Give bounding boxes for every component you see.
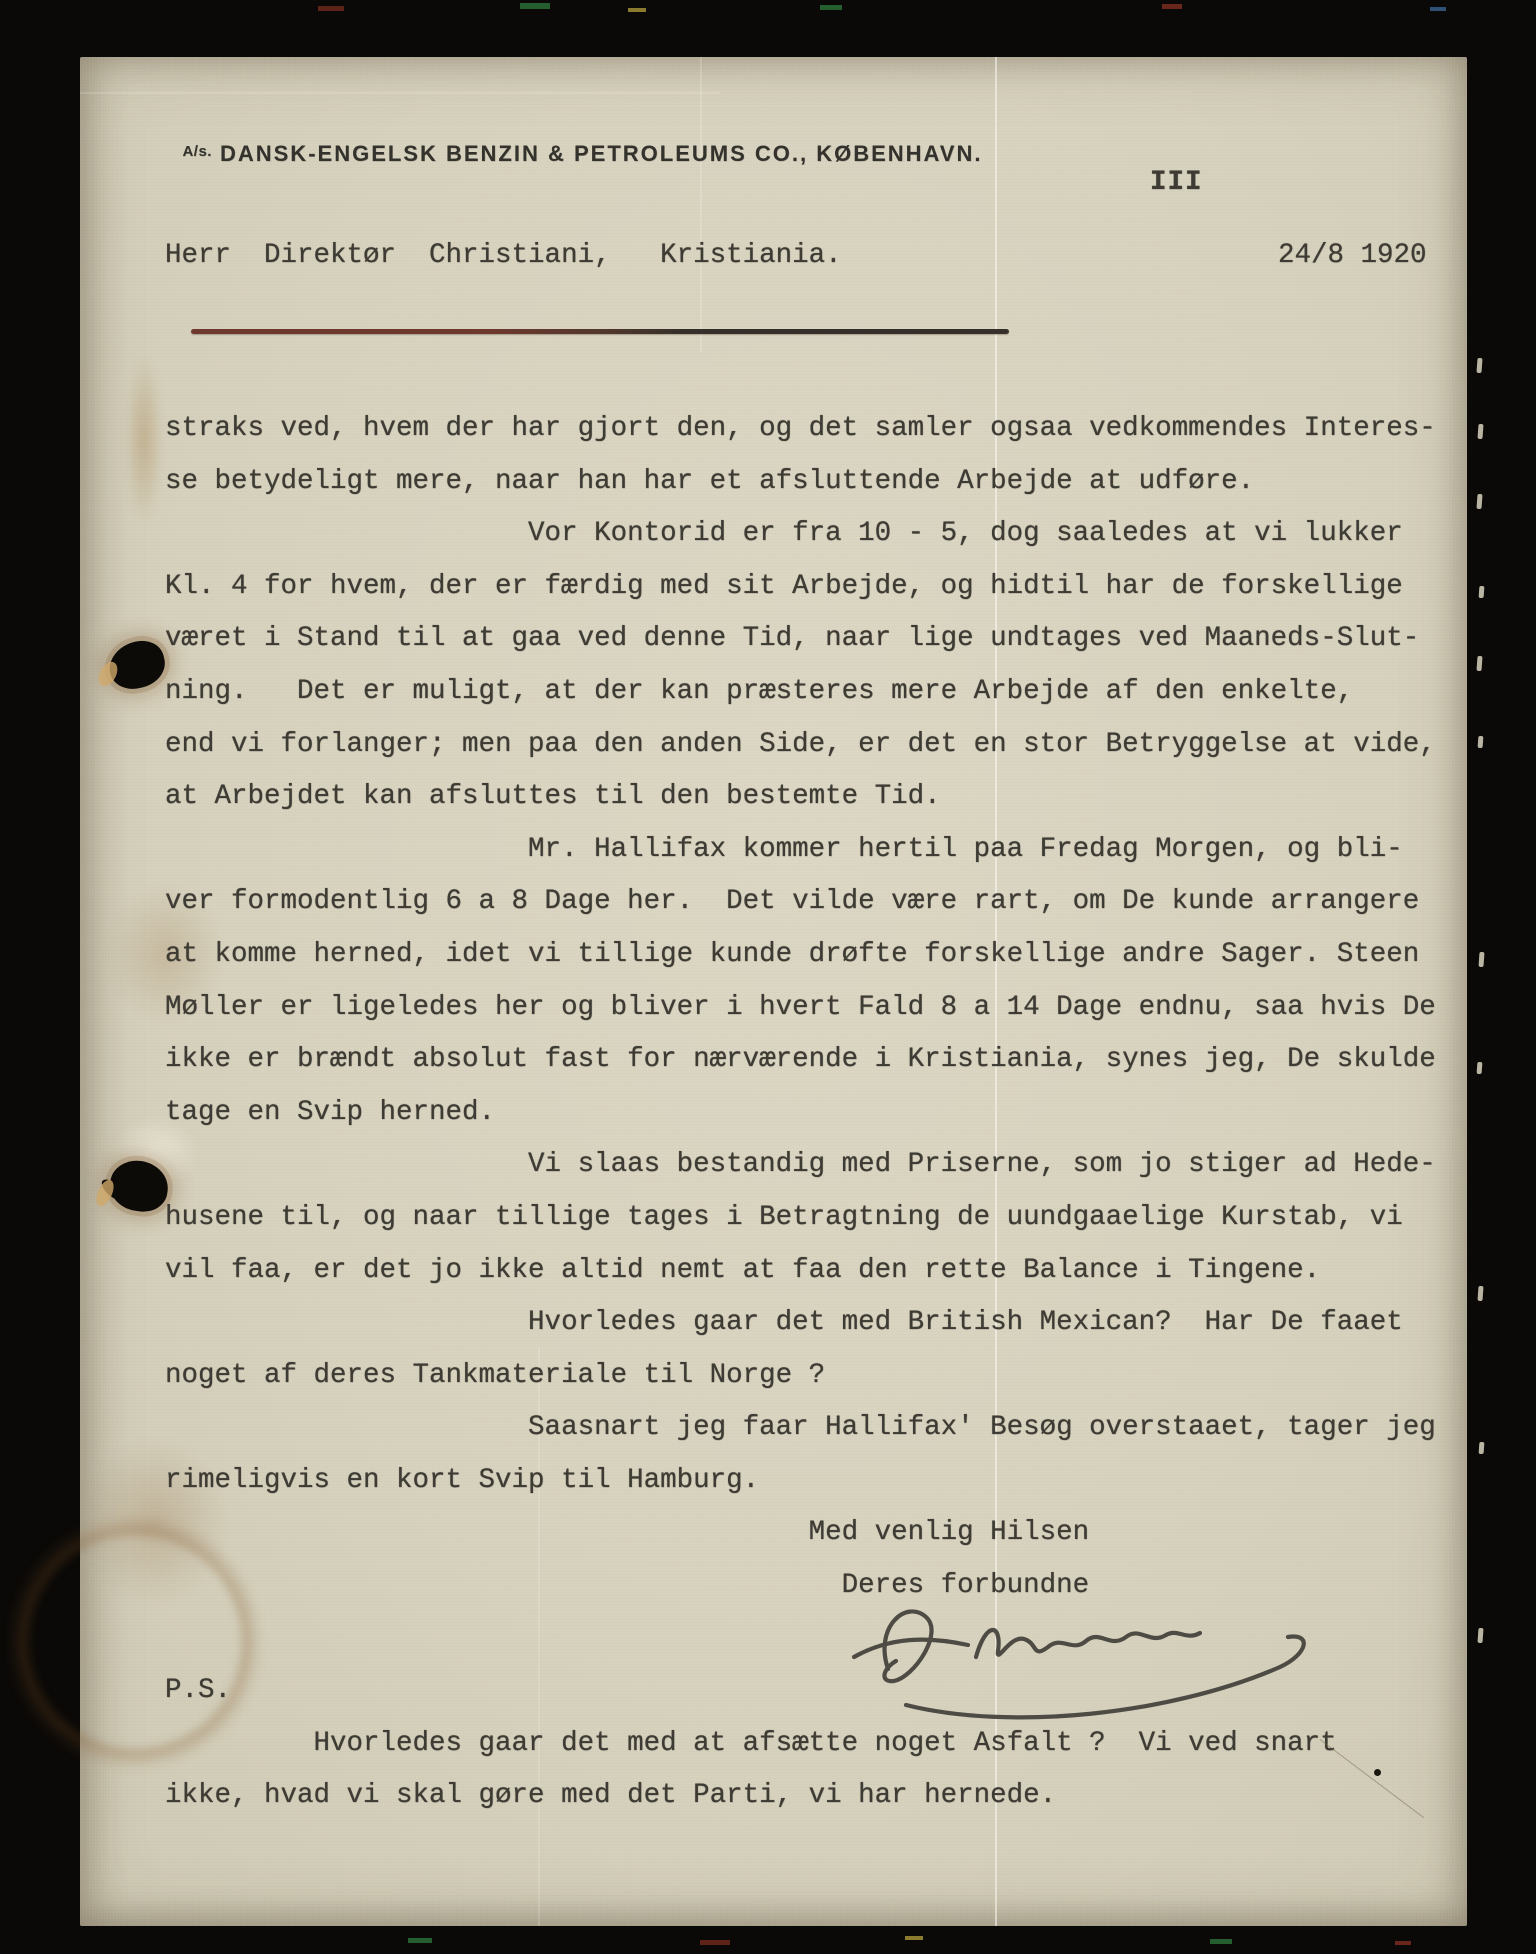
letter-line: Mr. Hallifax kommer hertil paa Fredag Mo… [165,824,1465,877]
ink-dot-artifact [1374,1769,1381,1776]
horizontal-fold-crease [80,92,720,94]
letter-line: noget af deres Tankmateriale til Norge ? [165,1350,1465,1403]
letter-line: Hvorledes gaar det med British Mexican? … [165,1297,1465,1350]
vertical-fold-crease [700,57,702,352]
scan-artifact [1162,4,1182,9]
letter-line: Møller er ligeledes her og bliver i hver… [165,982,1465,1035]
page-number: III [1150,167,1203,198]
binding-stitch [1477,424,1483,439]
burn-hole [107,1157,171,1215]
scan-artifact [1210,1939,1232,1944]
letter-line: ning. Det er muligt, at der kan præstere… [165,666,1465,719]
letterhead-company-name: DANSK-ENGELSK BENZIN & PETROLEUMS CO., K… [220,141,983,166]
scan-artifact [1430,7,1446,11]
letter-line: straks ved, hvem der har gjort den, og d… [165,403,1465,456]
letter-line: tage en Svip herned. [165,1087,1465,1140]
scan-artifact [700,1940,730,1945]
stain-mark [125,352,163,527]
scan-artifact [820,5,842,10]
letter-line: Kl. 4 for hvem, der er færdig med sit Ar… [165,561,1465,614]
binding-stitch [1479,1442,1485,1454]
letter-line: Vi slaas bestandig med Priserne, som jo … [165,1139,1465,1192]
binding-stitch [1478,952,1484,967]
letter-line: været i Stand til at gaa ved denne Tid, … [165,613,1465,666]
scanned-letter-screenshot: { "letterhead": { "prefix": "A/s.", "com… [0,0,1536,1954]
postscript-line: P.S. [165,1665,1465,1718]
scan-artifact [628,8,646,12]
scan-artifact [905,1936,923,1940]
binding-stitch [1478,736,1484,748]
closing-line: Med venlig Hilsen [165,1507,1465,1560]
letter-page: A/s.DANSK-ENGELSK BENZIN & PETROLEUMS CO… [80,57,1467,1926]
letterhead-company-prefix: A/s. [182,143,212,160]
binding-stitch [1477,1062,1483,1074]
letter-line: ver formodentlig 6 a 8 Dage her. Det vil… [165,876,1465,929]
binding-stitch [1479,586,1485,598]
letter-line: Saasnart jeg faar Hallifax' Besøg overst… [165,1402,1465,1455]
letter-line: at Arbejdet kan afsluttes til den bestem… [165,771,1465,824]
scan-artifact [520,3,550,9]
letter-line: ikke er brændt absolut fast for nærværen… [165,1034,1465,1087]
scan-artifact [408,1938,432,1943]
binding-stitch [1476,358,1482,373]
scan-artifact [1395,1941,1411,1945]
letter-line: rimeligvis en kort Svip til Hamburg. [165,1455,1465,1508]
scan-artifact [318,6,344,11]
binding-stitch [1476,656,1482,671]
letter-line: se betydeligt mere, naar han har et afsl… [165,456,1465,509]
letterhead: A/s.DANSK-ENGELSK BENZIN & PETROLEUMS CO… [150,115,982,193]
date: 24/8 1920 [1278,240,1427,271]
letter-line: end vi forlanger; men paa den anden Side… [165,719,1465,772]
binding-stitch [1476,494,1482,509]
binding-stitch [1477,1286,1483,1301]
letter-body: straks ved, hvem der har gjort den, og d… [165,403,1465,1507]
letter-line: at komme herned, idet vi tillige kunde d… [165,929,1465,982]
postscript-line: Hvorledes gaar det med at afsætte noget … [165,1718,1465,1771]
letter-line: Vor Kontorid er fra 10 - 5, dog saaledes… [165,508,1465,561]
letter-line: husene til, og naar tillige tages i Betr… [165,1192,1465,1245]
addressee-line: Herr Direktør Christiani, Kristiania. [165,240,842,271]
letter-postscript: P.S. Hvorledes gaar det med at afsætte n… [165,1665,1465,1823]
underline-rule [191,329,1009,334]
postscript-line: ikke, hvad vi skal gøre med det Parti, v… [165,1770,1465,1823]
letter-line: vil faa, er det jo ikke altid nemt at fa… [165,1245,1465,1298]
binding-stitch [1477,1628,1483,1643]
